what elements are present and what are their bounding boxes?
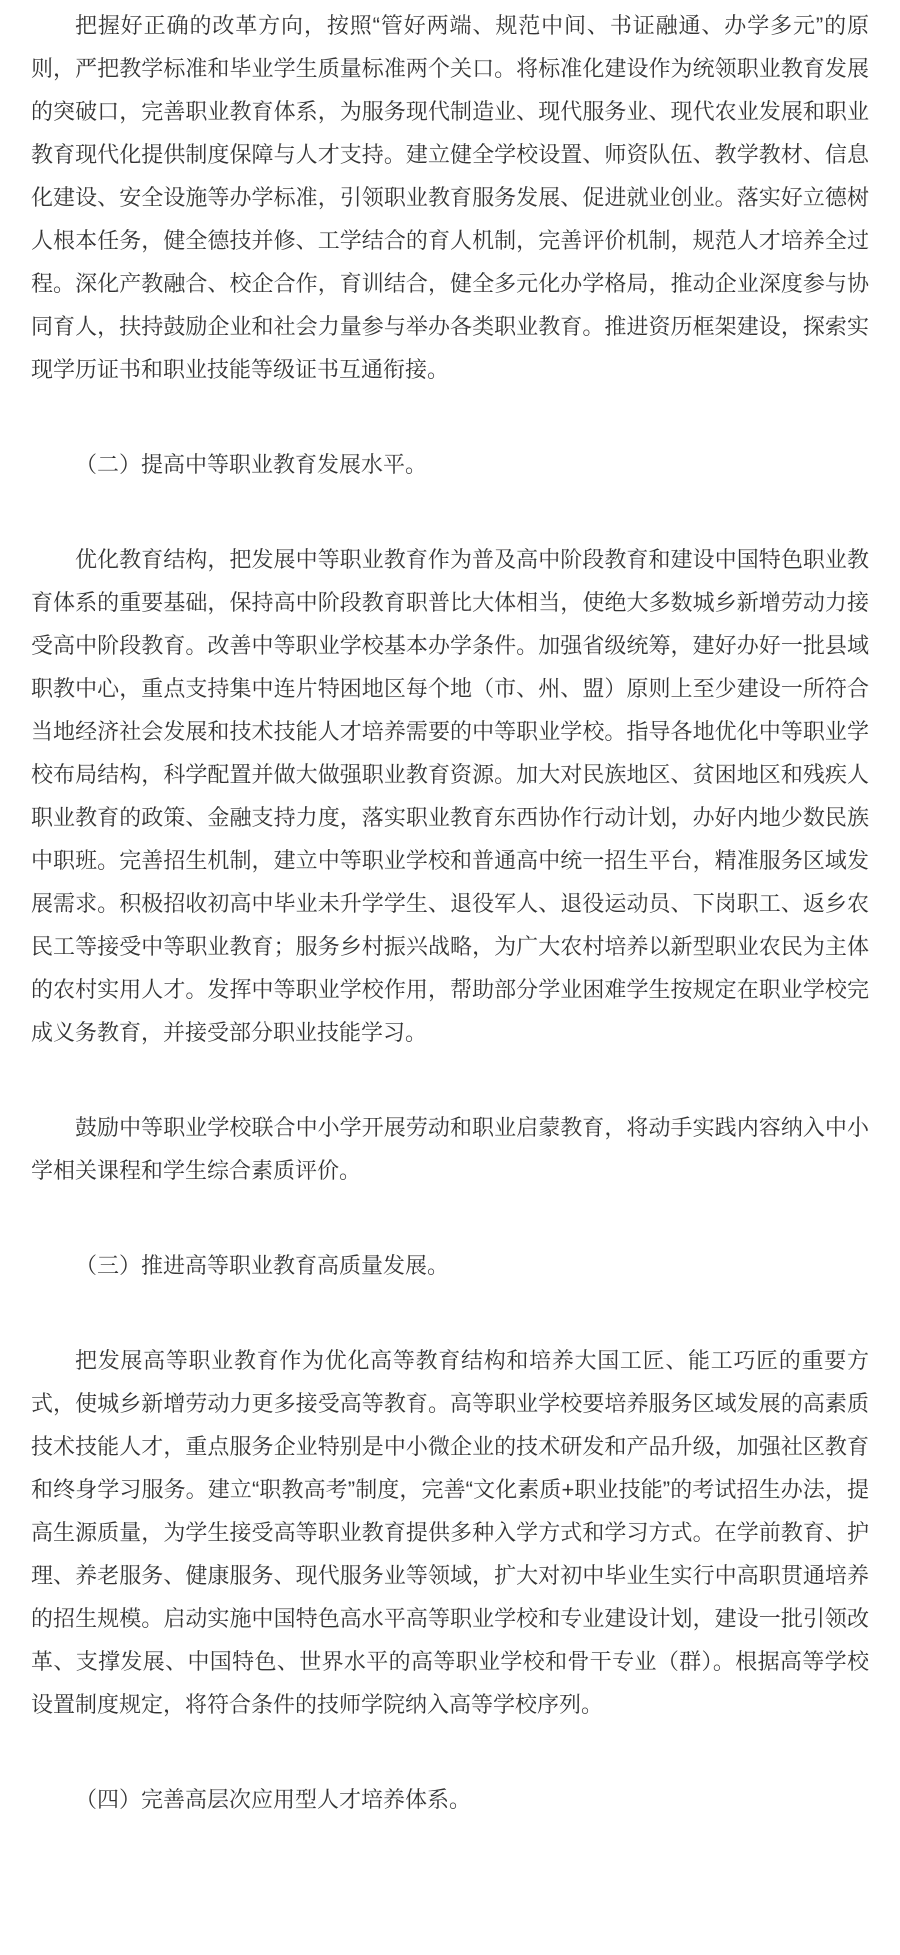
section-heading-4: （四）完善高层次应用型人才培养体系。 [31,1778,869,1821]
body-paragraph-reform-direction: 把握好正确的改革方向，按照“管好两端、规范中间、书证融通、办学多元”的原则，严把… [31,4,869,391]
section-heading-3: （三）推进高等职业教育高质量发展。 [31,1244,869,1287]
body-paragraph-labor-enlightenment: 鼓励中等职业学校联合中小学开展劳动和职业启蒙教育，将动手实践内容纳入中小学相关课… [31,1106,869,1192]
body-paragraph-higher-vocational: 把发展高等职业教育作为优化高等教育结构和培养大国工匠、能工巧匠的重要方式，使城乡… [31,1339,869,1726]
body-paragraph-secondary-vocational: 优化教育结构，把发展中等职业教育作为普及高中阶段教育和建设中国特色职业教育体系的… [31,538,869,1054]
document-body: 把握好正确的改革方向，按照“管好两端、规范中间、书证融通、办学多元”的原则，严把… [0,0,900,1821]
section-heading-2: （二）提高中等职业教育发展水平。 [31,443,869,486]
